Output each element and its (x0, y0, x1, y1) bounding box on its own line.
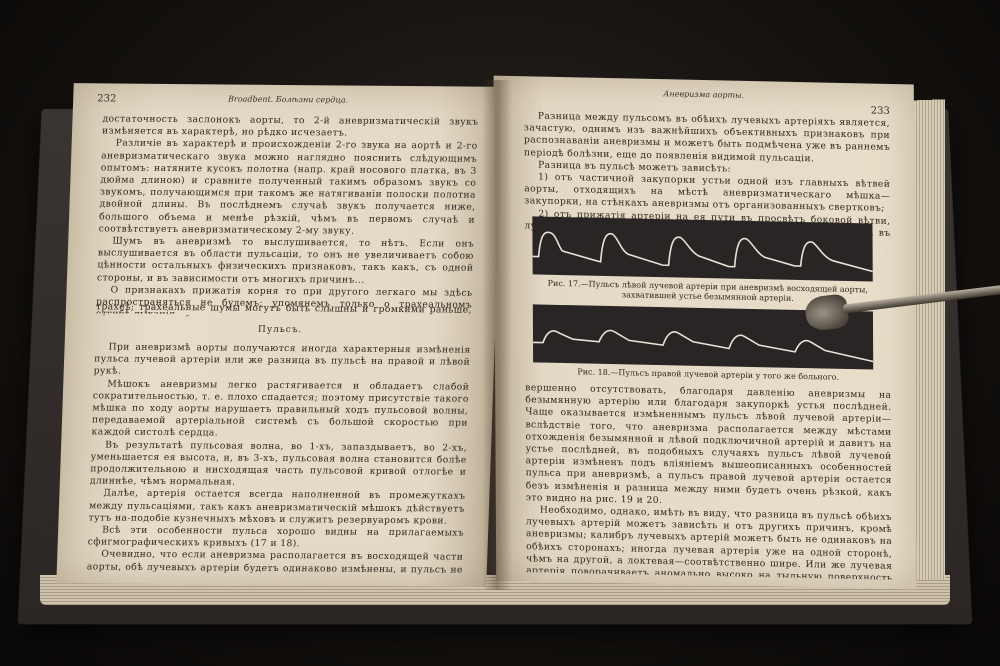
paragraph: Необходимо, однако, имѣть въ виду, что р… (526, 504, 892, 580)
book-gutter (482, 80, 512, 590)
right-page-number: 233 (871, 106, 890, 117)
paragraph: Очевидно, что если аневризма располагает… (87, 549, 464, 577)
left-head-title: Broadbent. Болѣзни сердца. (97, 93, 479, 105)
left-text-top-end: трахеѣ; трахеальные шумы могутъ быть слы… (96, 301, 472, 318)
paragraph: При аневризмѣ аорты получаются иногда ха… (93, 341, 470, 381)
paragraph: Въ результатѣ пульсовая волна, во 1-хъ, … (90, 439, 468, 491)
right-text-bottom: вершенно отсутствовать, благодаря давлен… (525, 382, 892, 580)
left-running-head: 232 Broadbent. Болѣзни сердца. (97, 93, 479, 110)
pulse-waveform-17 (532, 216, 872, 281)
bookmark-ornament (804, 293, 850, 332)
left-page: 232 Broadbent. Болѣзни сердца. достаточн… (56, 83, 503, 587)
paragraph: Шумъ въ аневризмѣ то выслушивается, то н… (97, 235, 475, 287)
paragraph: достаточность заслонокъ аорты, то 2-й ан… (102, 113, 479, 141)
paragraph: Мѣшокъ аневризмы легко растягивается и о… (91, 378, 469, 442)
paragraph: вершенно отсутствовать, благодаря давлен… (525, 382, 892, 512)
right-running-head: Аневризма аорты. 233 (518, 86, 890, 108)
right-page: Аневризма аорты. 233 Разница между пульс… (494, 76, 917, 590)
right-head-title: Аневризма аорты. (518, 86, 890, 103)
bookmark-shaft (843, 284, 1000, 313)
left-text-top: достаточность заслонокъ аорты, то 2-й ан… (96, 113, 479, 316)
left-text-bottom: При аневризмѣ аорты получаются иногда ха… (87, 341, 471, 576)
paragraph: Далѣе, артерія остается всегда наполненн… (88, 488, 465, 528)
section-title-pulse: Пульсъ. (65, 323, 495, 337)
paragraph: Разница между пульсомъ въ обѣихъ лучевых… (524, 110, 890, 166)
figure-17-pulse-tracing (532, 216, 872, 281)
paragraph: Различіе въ характерѣ и происхожденіи 2-… (98, 138, 477, 239)
figure-18-caption: Рис. 18.—Пульсъ правой лучевой артеріи у… (525, 366, 891, 384)
paragraph: Всѣ эти особенности пульса хорошо видны … (88, 524, 465, 552)
paragraph: трахеѣ; трахеальные шумы могутъ быть слы… (96, 301, 472, 318)
